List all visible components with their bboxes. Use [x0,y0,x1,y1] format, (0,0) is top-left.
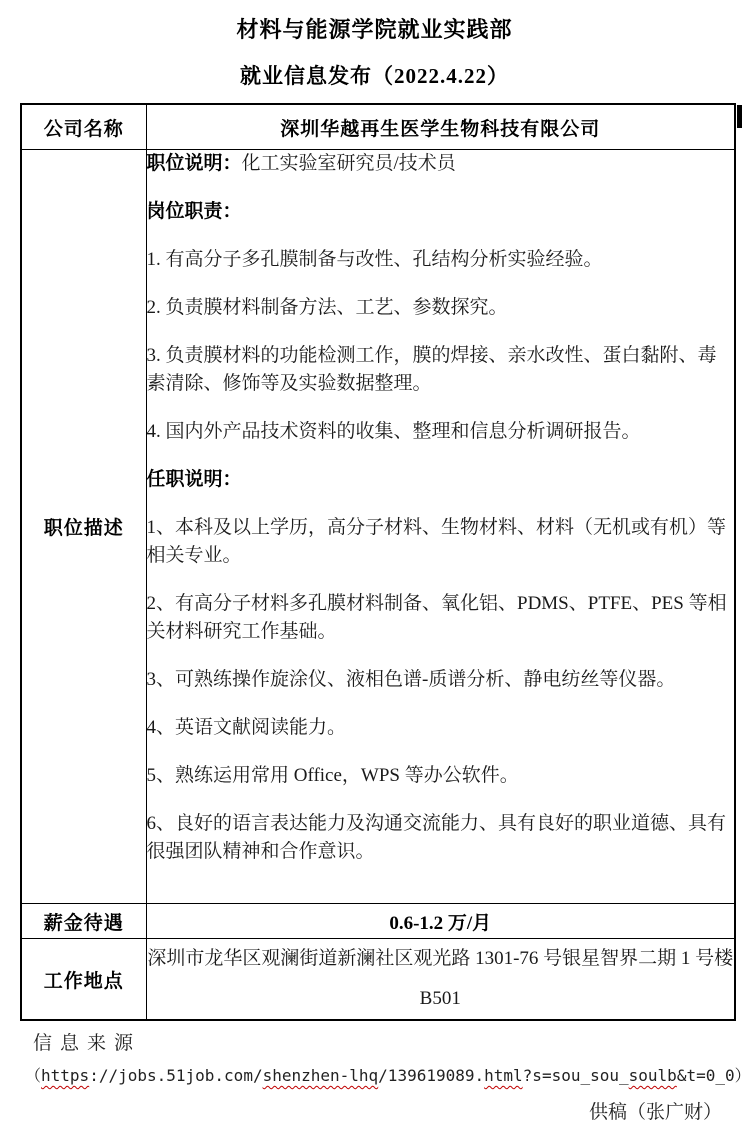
requirement-item: 2、有高分子材料多孔膜材料制备、氧化铝、PDMS、PTFE、PES 等相关材料研… [147,590,735,646]
url-segment: ://jobs.51job.com/ [89,1066,262,1085]
company-label-cell: 公司名称 [21,104,146,150]
position-value: 化工实验室研究员/技术员 [242,153,456,174]
requirement-item: 1、本科及以上学历，高分子材料、生物材料、材料（无机或有机）等相关专业。 [147,514,735,570]
location-row: 工作地点 深圳市龙华区观澜街道新澜社区观光路 1301-76 号银星智界二期 1… [21,939,735,1021]
url-segment: &t=0_0） [677,1066,749,1085]
requirement-item: 4、英语文献阅读能力。 [147,714,735,742]
job-info-table: 公司名称 深圳华越再生医学生物科技有限公司 职位描述 职位说明：化工实验室研究员… [20,103,736,1021]
location-label-cell: 工作地点 [21,939,146,1021]
salary-label-cell: 薪金待遇 [21,904,146,939]
url-segment: （ [25,1066,41,1085]
text-cursor [737,105,742,128]
source-url: （https://jobs.51job.com/shenzhen-lhq/139… [25,1063,749,1086]
requirement-item: 6、良好的语言表达能力及沟通交流能力、具有良好的职业道德、具有很强团队精神和合作… [147,810,735,866]
description-content-cell: 职位说明：化工实验室研究员/技术员 岗位职责： 1. 有高分子多孔膜制备与改性、… [146,150,735,904]
company-row: 公司名称 深圳华越再生医学生物科技有限公司 [21,104,735,150]
page-subtitle: 就业信息发布（2022.4.22） [0,60,749,90]
url-segment: https [41,1066,89,1085]
url-segment: shenzhen-lhq [263,1066,379,1085]
url-segment: /139619089. [378,1066,484,1085]
url-segment: html [484,1066,523,1085]
duty-item: 1. 有高分子多孔膜制备与改性、孔结构分析实验经验。 [147,246,735,274]
url-segment: ?s=sou_sou_ [523,1066,629,1085]
page-title: 材料与能源学院就业实践部 [0,13,749,44]
duty-item: 3. 负责膜材料的功能检测工作，膜的焊接、亲水改性、蛋白黏附、毒素清除、修饰等及… [147,342,735,398]
requirement-item: 5、熟练运用常用 Office，WPS 等办公软件。 [147,762,735,790]
position-heading: 职位说明： [147,153,242,174]
requirements-heading: 任职说明： [147,466,735,494]
description-label-cell: 职位描述 [21,150,146,904]
url-segment: soulb [629,1066,677,1085]
source-label: 信息来源 [33,1028,141,1055]
company-name-value: 深圳华越再生医学生物科技有限公司 [146,104,735,150]
salary-value: 0.6-1.2 万/月 [146,904,735,939]
location-value: 深圳市龙华区观澜街道新澜社区观光路 1301-76 号银星智界二期 1 号楼 B… [146,939,735,1021]
requirement-item: 3、可熟练操作旋涂仪、液相色谱-质谱分析、静电纺丝等仪器。 [147,666,735,694]
position-line: 职位说明：化工实验室研究员/技术员 [147,150,735,178]
byline: 供稿（张广财） [589,1097,722,1124]
salary-row: 薪金待遇 0.6-1.2 万/月 [21,904,735,939]
duties-heading: 岗位职责： [147,198,735,226]
duty-item: 4. 国内外产品技术资料的收集、整理和信息分析调研报告。 [147,418,735,446]
duty-item: 2. 负责膜材料制备方法、工艺、参数探究。 [147,294,735,322]
description-row: 职位描述 职位说明：化工实验室研究员/技术员 岗位职责： 1. 有高分子多孔膜制… [21,150,735,904]
